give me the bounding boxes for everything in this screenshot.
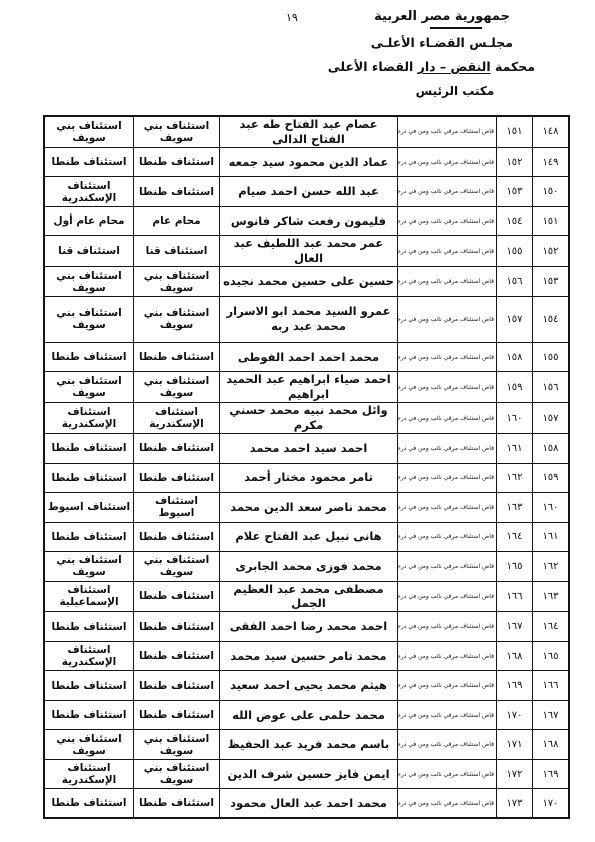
court-new-cell: استئناف بني سويف — [44, 267, 134, 297]
court-current-cell: استئناف طنطا — [134, 434, 220, 464]
rank-note-cell: قاض استئناف مرقي نائب ومن في درجتهم — [398, 434, 497, 464]
rank-note-cell: قاض استئناف مرقي نائب ومن في درجتهم — [398, 522, 497, 552]
table-row: ١٤٨١٥١قاض استئناف مرقي نائب ومن في درجته… — [44, 116, 569, 147]
table-row: ١٥٣١٥٦قاض استئناف مرقي نائب ومن في درجته… — [44, 267, 569, 297]
judge-name-cell: محمد احمد احمد الفوطى — [220, 342, 398, 372]
judges-table: ١٤٨١٥١قاض استئناف مرقي نائب ومن في درجته… — [43, 115, 570, 819]
table-row: ١٥٩١٦٢قاض استئناف مرقي نائب ومن في درجته… — [44, 463, 569, 493]
table-row: ١٦٧١٧٠قاض استئناف مرقي نائب ومن في درجته… — [44, 700, 569, 730]
court-new-cell: محام عام أول — [44, 206, 134, 236]
table-row: ١٦٩١٧٢قاض استئناف مرقي نائب ومن في درجته… — [44, 759, 569, 789]
court-current-cell: استئناف طنطا — [134, 147, 220, 177]
serial-cell: ١٦٥ — [533, 641, 570, 671]
court-current-cell: استئناف الإسكندرية — [134, 403, 220, 434]
rank-note-cell: قاض استئناف مرقي نائب ومن في درجتهم — [398, 296, 497, 342]
judge-name-cell: عصام عبد الفتاح طه عبد الفتاح الدالى — [220, 116, 398, 147]
rank-note-cell: قاض استئناف مرقي نائب ومن في درجتهم — [398, 700, 497, 730]
republic-logo: جمهورية مصر العربية — [410, 9, 510, 24]
judge-name-cell: ايمن فايز حسين شرف الدين — [220, 759, 398, 789]
court-new-cell: استئناف اسيوط — [44, 493, 134, 523]
serial-cell: ١٥٩ — [533, 463, 570, 493]
order-number-cell: ١٦٢ — [497, 463, 533, 493]
court-new-cell: استئناف طنطا — [44, 789, 134, 819]
table-row: ١٥٦١٥٩قاض استئناف مرقي نائب ومن في درجته… — [44, 372, 569, 403]
court-new-cell: استئناف طنطا — [44, 434, 134, 464]
table-row: ١٥٢١٥٥قاض استئناف مرقي نائب ومن في درجته… — [44, 236, 569, 267]
court-current-cell: استئناف طنطا — [134, 177, 220, 207]
order-number-cell: ١٦٩ — [497, 671, 533, 701]
judge-name-cell: احمد سيد احمد محمد — [220, 434, 398, 464]
court-new-cell: استئناف الإسكندرية — [44, 759, 134, 789]
court-current-cell: استئناف طنطا — [134, 789, 220, 819]
table-row: ١٦١١٦٤قاض استئناف مرقي نائب ومن في درجته… — [44, 522, 569, 552]
order-number-cell: ١٧٢ — [497, 759, 533, 789]
council-title: مجلـس القضـاء الأعلـى — [383, 35, 513, 50]
court-new-cell: استئناف الإسكندرية — [44, 403, 134, 434]
table-row: ١٤٩١٥٢قاض استئناف مرقي نائب ومن في درجته… — [44, 147, 569, 177]
rank-note-cell: قاض استئناف مرقي نائب ومن في درجتهم — [398, 236, 497, 267]
order-number-cell: ١٥٥ — [497, 236, 533, 267]
court-current-cell: استئناف بني سويف — [134, 372, 220, 403]
table-row: ١٥٥١٥٨قاض استئناف مرقي نائب ومن في درجته… — [44, 342, 569, 372]
judge-name-cell: محمد احمد عبد العال محمود — [220, 789, 398, 819]
order-number-cell: ١٦١ — [497, 434, 533, 464]
serial-cell: ١٥٧ — [533, 403, 570, 434]
serial-cell: ١٥٣ — [533, 267, 570, 297]
order-number-cell: ١٦٦ — [497, 581, 533, 612]
rank-note-cell: قاض استئناف مرقي نائب ومن في درجتهم — [398, 493, 497, 523]
rank-note-cell: قاض استئناف مرقي نائب ومن في درجتهم — [398, 641, 497, 671]
table-row: ١٧٠١٧٣قاض استئناف مرقي نائب ومن في درجته… — [44, 789, 569, 819]
court-current-cell: استئناف قنا — [134, 236, 220, 267]
table-row: ١٦٦١٦٩قاض استئناف مرقي نائب ومن في درجته… — [44, 671, 569, 701]
serial-cell: ١٥١ — [533, 206, 570, 236]
page-number: ١٩ — [286, 11, 298, 24]
order-number-cell: ١٦٥ — [497, 552, 533, 582]
order-number-cell: ١٥٤ — [497, 206, 533, 236]
judge-name-cell: هيثم محمد يحيى احمد سعيد — [220, 671, 398, 701]
rank-note-cell: قاض استئناف مرقي نائب ومن في درجتهم — [398, 552, 497, 582]
court-title-suffix: القضاء الأعلى — [328, 59, 418, 74]
order-number-cell: ١٥٩ — [497, 372, 533, 403]
court-new-cell: استئناف بني سويف — [44, 730, 134, 760]
order-number-cell: ١٧٠ — [497, 700, 533, 730]
judge-name-cell: محمد تامر حسين سيد محمد — [220, 641, 398, 671]
serial-cell: ١٥٦ — [533, 372, 570, 403]
serial-cell: ١٥٥ — [533, 342, 570, 372]
rank-note-cell: قاض استئناف مرقي نائب ومن في درجتهم — [398, 581, 497, 612]
judge-name-cell: حسين على حسين محمد نجيده — [220, 267, 398, 297]
rank-note-cell: قاض استئناف مرقي نائب ومن في درجتهم — [398, 403, 497, 434]
court-current-cell: استئناف بني سويف — [134, 116, 220, 147]
court-current-cell: استئناف طنطا — [134, 612, 220, 642]
court-new-cell: استئناف طنطا — [44, 147, 134, 177]
rank-note-cell: قاض استئناف مرقي نائب ومن في درجتهم — [398, 267, 497, 297]
serial-cell: ١٦٩ — [533, 759, 570, 789]
court-title: محكمة النقض – دار القضاء الأعلى — [360, 59, 535, 74]
judge-name-cell: محمد حلمى على عوض الله — [220, 700, 398, 730]
rank-note-cell: قاض استئناف مرقي نائب ومن في درجتهم — [398, 463, 497, 493]
serial-cell: ١٦٢ — [533, 552, 570, 582]
court-new-cell: استئناف طنطا — [44, 671, 134, 701]
rank-note-cell: قاض استئناف مرقي نائب ومن في درجتهم — [398, 730, 497, 760]
order-number-cell: ١٧١ — [497, 730, 533, 760]
court-new-cell: استئناف الإسماعيلية — [44, 581, 134, 612]
table-row: ١٥٨١٦١قاض استئناف مرقي نائب ومن في درجته… — [44, 434, 569, 464]
rank-note-cell: قاض استئناف مرقي نائب ومن في درجتهم — [398, 759, 497, 789]
court-current-cell: استئناف بني سويف — [134, 730, 220, 760]
document-page: جمهورية مصر العربية ١٩ مجلـس القضـاء الأ… — [0, 0, 595, 842]
court-current-cell: استئناف بني سويف — [134, 267, 220, 297]
court-new-cell: استئناف طنطا — [44, 612, 134, 642]
judge-name-cell: فليمون رفعت شاكر فانوس — [220, 206, 398, 236]
judge-name-cell: وائل محمد نبيه محمد حسني مكرم — [220, 403, 398, 434]
court-current-cell: استئناف طنطا — [134, 463, 220, 493]
serial-cell: ١٧٠ — [533, 789, 570, 819]
serial-cell: ١٦٠ — [533, 493, 570, 523]
court-current-cell: استئناف طنطا — [134, 700, 220, 730]
court-title-underlined: النقض – دار — [418, 59, 491, 74]
table-row: ١٥١١٥٤قاض استئناف مرقي نائب ومن في درجته… — [44, 206, 569, 236]
court-current-cell: استئناف طنطا — [134, 671, 220, 701]
judge-name-cell: عمرو السيد محمد ابو الاسرار محمد عبد ربه — [220, 296, 398, 342]
rank-note-cell: قاض استئناف مرقي نائب ومن في درجتهم — [398, 116, 497, 147]
table-row: ١٦٣١٦٦قاض استئناف مرقي نائب ومن في درجته… — [44, 581, 569, 612]
court-current-cell: استئناف طنطا — [134, 581, 220, 612]
rank-note-cell: قاض استئناف مرقي نائب ومن في درجتهم — [398, 372, 497, 403]
judge-name-cell: عمر محمد عبد اللطيف عبد العال — [220, 236, 398, 267]
court-new-cell: استئناف الإسكندرية — [44, 177, 134, 207]
serial-cell: ١٦٦ — [533, 671, 570, 701]
court-new-cell: استئناف طنطا — [44, 342, 134, 372]
serial-cell: ١٥٨ — [533, 434, 570, 464]
order-number-cell: ١٧٣ — [497, 789, 533, 819]
rank-note-cell: قاض استئناف مرقي نائب ومن في درجتهم — [398, 342, 497, 372]
court-current-cell: استئناف بني سويف — [134, 759, 220, 789]
judge-name-cell: باسم محمد فريد عبد الحفيظ — [220, 730, 398, 760]
order-number-cell: ١٦٣ — [497, 493, 533, 523]
judge-name-cell: عبد الله حسن احمد صيام — [220, 177, 398, 207]
order-number-cell: ١٥٢ — [497, 147, 533, 177]
court-current-cell: استئناف طنطا — [134, 522, 220, 552]
order-number-cell: ١٥٧ — [497, 296, 533, 342]
table-row: ١٦٨١٧١قاض استئناف مرقي نائب ومن في درجته… — [44, 730, 569, 760]
court-new-cell: استئناف بني سويف — [44, 296, 134, 342]
rank-note-cell: قاض استئناف مرقي نائب ومن في درجتهم — [398, 612, 497, 642]
judge-name-cell: تامر محمود مختار أحمد — [220, 463, 398, 493]
rank-note-cell: قاض استئناف مرقي نائب ومن في درجتهم — [398, 206, 497, 236]
court-current-cell: استئناف طنطا — [134, 342, 220, 372]
serial-cell: ١٦٤ — [533, 612, 570, 642]
court-current-cell: استئناف طنطا — [134, 641, 220, 671]
court-new-cell: استئناف طنطا — [44, 463, 134, 493]
judge-name-cell: عماد الدين محمود سيد جمعه — [220, 147, 398, 177]
serial-cell: ١٤٩ — [533, 147, 570, 177]
order-number-cell: ١٥٦ — [497, 267, 533, 297]
table-row: ١٥٤١٥٧قاض استئناف مرقي نائب ومن في درجته… — [44, 296, 569, 342]
rank-note-cell: قاض استئناف مرقي نائب ومن في درجتهم — [398, 671, 497, 701]
judge-name-cell: محمد فوزى محمد الجابرى — [220, 552, 398, 582]
court-new-cell: استئناف طنطا — [44, 522, 134, 552]
rank-note-cell: قاض استئناف مرقي نائب ومن في درجتهم — [398, 789, 497, 819]
court-new-cell: استئناف قنا — [44, 236, 134, 267]
court-new-cell: استئناف بني سويف — [44, 552, 134, 582]
serial-cell: ١٥٤ — [533, 296, 570, 342]
court-current-cell: محام عام — [134, 206, 220, 236]
order-number-cell: ١٦٠ — [497, 403, 533, 434]
judge-name-cell: مصطفى محمد عبد العظيم الجمل — [220, 581, 398, 612]
court-new-cell: استئناف الإسكندرية — [44, 641, 134, 671]
table-body: ١٤٨١٥١قاض استئناف مرقي نائب ومن في درجته… — [44, 116, 569, 818]
court-current-cell: استئناف بني سويف — [134, 552, 220, 582]
judge-name-cell: محمد ناصر سعد الدين محمد — [220, 493, 398, 523]
serial-cell: ١٦٣ — [533, 581, 570, 612]
order-number-cell: ١٦٧ — [497, 612, 533, 642]
table-row: ١٦٠١٦٣قاض استئناف مرقي نائب ومن في درجته… — [44, 493, 569, 523]
order-number-cell: ١٥٨ — [497, 342, 533, 372]
order-number-cell: ١٦٨ — [497, 641, 533, 671]
judge-name-cell: احمد ضياء ابراهيم عبد الحميد ابراهيم — [220, 372, 398, 403]
court-title-prefix: محكمة — [491, 59, 535, 74]
office-title: مكتب الرئيس — [395, 84, 515, 98]
judge-name-cell: احمد محمد رضا احمد الفقى — [220, 612, 398, 642]
table-row: ١٦٢١٦٥قاض استئناف مرقي نائب ومن في درجته… — [44, 552, 569, 582]
court-new-cell: استئناف طنطا — [44, 700, 134, 730]
rank-note-cell: قاض استئناف مرقي نائب ومن في درجتهم — [398, 147, 497, 177]
court-new-cell: استئناف بني سويف — [44, 116, 134, 147]
court-new-cell: استئناف بني سويف — [44, 372, 134, 403]
order-number-cell: ١٥٣ — [497, 177, 533, 207]
table-row: ١٥٠١٥٣قاض استئناف مرقي نائب ومن في درجته… — [44, 177, 569, 207]
table-row: ١٥٧١٦٠قاض استئناف مرقي نائب ومن في درجته… — [44, 403, 569, 434]
serial-cell: ١٥٢ — [533, 236, 570, 267]
serial-cell: ١٦١ — [533, 522, 570, 552]
rank-note-cell: قاض استئناف مرقي نائب ومن في درجتهم — [398, 177, 497, 207]
order-number-cell: ١٥١ — [497, 116, 533, 147]
table-row: ١٦٥١٦٨قاض استئناف مرقي نائب ومن في درجته… — [44, 641, 569, 671]
table-row: ١٦٤١٦٧قاض استئناف مرقي نائب ومن في درجته… — [44, 612, 569, 642]
serial-cell: ١٦٨ — [533, 730, 570, 760]
judge-name-cell: هانى نبيل عبد الفتاح علام — [220, 522, 398, 552]
serial-cell: ١٦٧ — [533, 700, 570, 730]
court-current-cell: استئناف اسيوط — [134, 493, 220, 523]
order-number-cell: ١٦٤ — [497, 522, 533, 552]
court-current-cell: استئناف بني سويف — [134, 296, 220, 342]
serial-cell: ١٥٠ — [533, 177, 570, 207]
serial-cell: ١٤٨ — [533, 116, 570, 147]
